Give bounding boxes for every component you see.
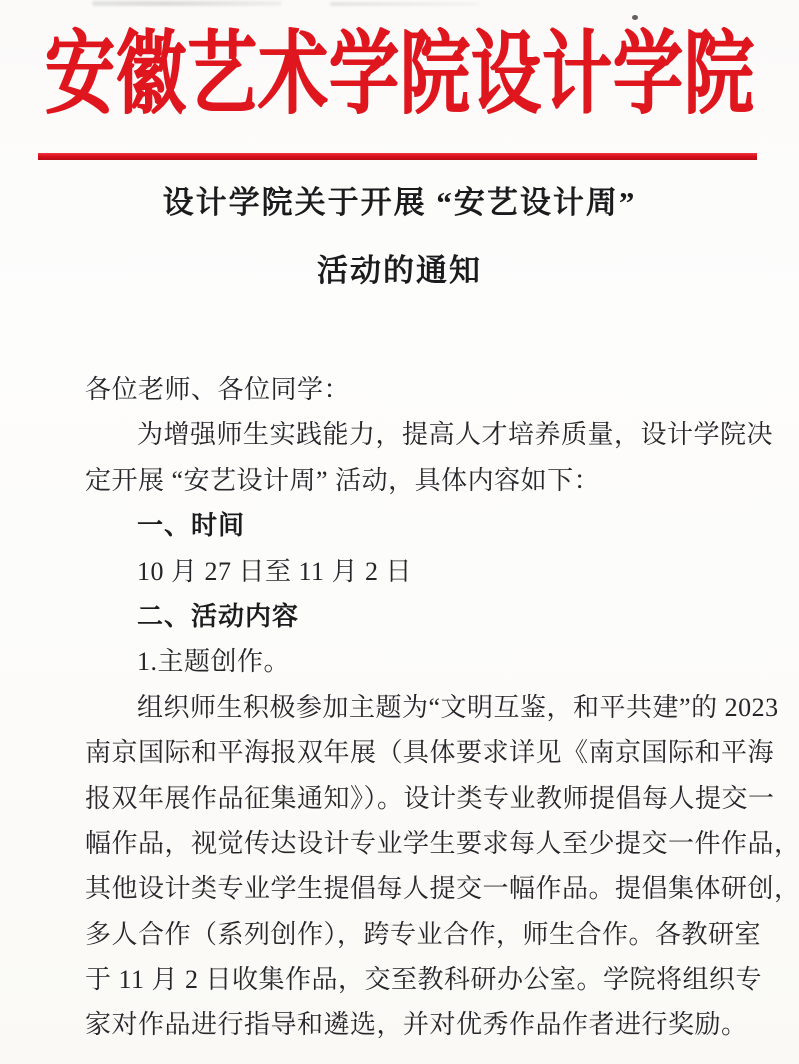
body-line: 1.主题创作。 — [85, 639, 775, 684]
body-line: 定开展 “安艺设计周” 活动，具体内容如下： — [85, 458, 775, 503]
body-line: 南京国际和平海报双年展（具体要求详见《南京国际和平海 — [85, 730, 775, 775]
body-line: 多人合作（系列创作），跨专业合作，师生合作。各教研室 — [85, 912, 775, 957]
body-line: 各位老师、各位同学： — [85, 367, 775, 412]
body-line: 报双年展作品征集通知》）。设计类专业教师提倡每人提交一 — [85, 776, 775, 821]
body-line: 10 月 27 日至 11 月 2 日 — [85, 549, 775, 594]
body-line: 于 11 月 2 日收集作品，交至教科研办公室。学院将组织专 — [85, 957, 775, 1002]
document-page: 安徽艺术学院设计学院 设计学院关于开展 “安艺设计周” 活动的通知 各位老师、各… — [0, 0, 799, 1064]
body-lines: 各位老师、各位同学：为增强师生实践能力，提高人才培养质量，设计学院决定开展 “安… — [85, 367, 775, 1048]
body-line: 一、时间 — [85, 503, 775, 548]
letterhead-masthead: 安徽艺术学院设计学院 — [0, 1, 799, 132]
body-line: 幅作品，视觉传达设计专业学生要求每人至少提交一件作品， — [85, 821, 775, 866]
body-line: 组织师生积极参加主题为“文明互鉴，和平共建”的 2023 — [85, 685, 775, 730]
red-divider-rule — [38, 153, 757, 160]
body-line: 家对作品进行指导和遴选，并对优秀作品作者进行奖励。 — [85, 1002, 775, 1047]
body-line: 二、活动内容 — [85, 594, 775, 639]
notice-title-line1: 设计学院关于开展 “安艺设计周” — [0, 177, 799, 222]
notice-title-line2: 活动的通知 — [0, 245, 799, 290]
body-line: 其他设计类专业学生提倡每人提交一幅作品。提倡集体研创， — [85, 866, 775, 911]
body-line: 为增强师生实践能力，提高人才培养质量，设计学院决 — [85, 412, 775, 457]
